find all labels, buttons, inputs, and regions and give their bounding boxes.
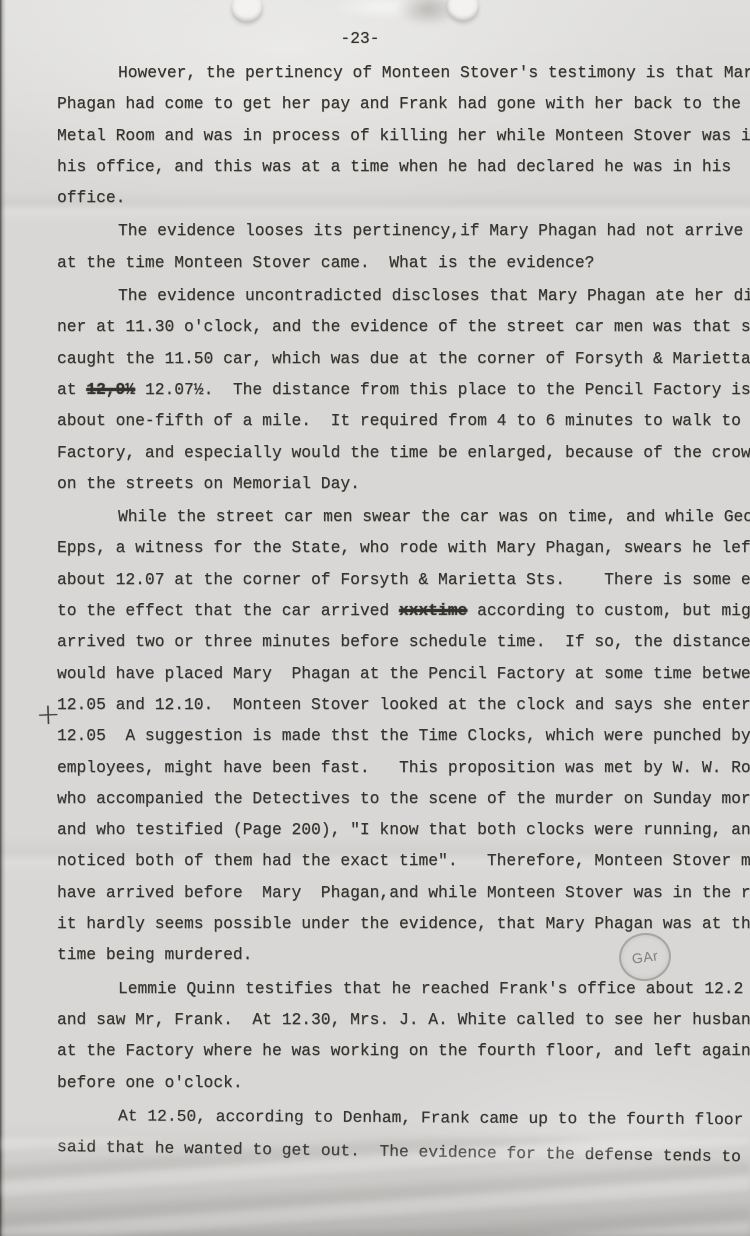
- text-segment: on the streets on Memorial Day.: [57, 474, 360, 493]
- text-line: who accompanied the Detectives to the sc…: [57, 783, 750, 814]
- text-segment: Lemmie Quinn testifies that he reached F…: [118, 979, 743, 998]
- text-line: would have placed Mary Phagan at the Pen…: [57, 658, 750, 689]
- text-segment: 12.05 A suggestion is made thst the Time…: [57, 726, 750, 745]
- text-line: and who testified (Page 200), "I know th…: [57, 814, 750, 845]
- text-line: caught the 11.50 car, which was due at t…: [57, 343, 750, 374]
- text-segment: and saw Mr, Frank. At 12.30, Mrs. J. A. …: [57, 1010, 750, 1029]
- text-segment: employees, might have been fast. This pr…: [57, 758, 750, 777]
- text-segment: who accompanied the Detectives to the sc…: [57, 789, 750, 808]
- document-body: However, the pertinency of Monteen Stove…: [57, 57, 750, 1162]
- struck-out-text: 12,9½: [86, 380, 135, 399]
- text-line: Factory, and especially would the time b…: [57, 437, 750, 468]
- page-number: -23-: [0, 29, 720, 48]
- text-segment: before one o'clock.: [57, 1073, 243, 1092]
- margin-plus-mark: +: [35, 697, 60, 732]
- text-segment: noticed both of them had the exact time"…: [57, 851, 750, 870]
- text-segment: about 12.07 at the corner of Forsyth & M…: [57, 570, 750, 589]
- text-segment: about one-fifth of a mile. It required f…: [57, 411, 741, 430]
- text-line: At 12.50, according to Denham, Frank cam…: [57, 1100, 750, 1136]
- text-line: office.: [57, 182, 750, 213]
- text-line: The evidence uncontradicted discloses th…: [57, 280, 750, 311]
- text-line: 12.05 and 12.10. Monteen Stover looked a…: [57, 689, 750, 720]
- text-segment: The evidence uncontradicted discloses th…: [118, 286, 750, 305]
- text-line: However, the pertinency of Monteen Stove…: [57, 57, 750, 88]
- text-segment: to the effect that the car arrived: [57, 601, 399, 620]
- text-line: noticed both of them had the exact time"…: [57, 845, 750, 876]
- text-line: to the effect that the car arrived xxxti…: [57, 595, 750, 626]
- text-line: said that he wanted to get out. The evid…: [57, 1131, 750, 1174]
- text-segment: 12.05 and 12.10. Monteen Stover looked a…: [57, 695, 750, 714]
- text-line: at the Factory where he was working on t…: [57, 1035, 750, 1066]
- text-segment: time being murdered.: [57, 945, 252, 964]
- text-line: at the time Monteen Stover came. What is…: [57, 247, 750, 278]
- text-segment: ner at 11.30 o'clock, and the evidence o…: [57, 317, 750, 336]
- text-segment: Metal Room and was in process of killing…: [57, 126, 750, 145]
- text-line: have arrived before Mary Phagan,and whil…: [57, 877, 750, 908]
- text-segment: However, the pertinency of Monteen Stove…: [118, 63, 750, 82]
- text-line: about 12.07 at the corner of Forsyth & M…: [57, 564, 750, 595]
- text-line: on the streets on Memorial Day.: [57, 468, 750, 499]
- text-line: Phagan had come to get her pay and Frank…: [57, 88, 750, 119]
- text-line: ner at 11.30 o'clock, and the evidence o…: [57, 311, 750, 342]
- text-segment: would have placed Mary Phagan at the Pen…: [57, 664, 750, 683]
- text-segment: his office, and this was at a time when …: [57, 157, 731, 176]
- text-segment: The evidence looses its pertinency,if Ma…: [118, 221, 743, 240]
- text-line: at 12,9½ 12.07½. The distance from this …: [57, 374, 750, 405]
- text-segment: Phagan had come to get her pay and Frank…: [57, 94, 741, 113]
- text-segment: at: [57, 380, 86, 399]
- text-line: Epps, a witness for the State, who rode …: [57, 532, 750, 563]
- text-segment: office.: [57, 188, 125, 207]
- text-line: about one-fifth of a mile. It required f…: [57, 405, 750, 436]
- text-segment: at the Factory where he was working on t…: [57, 1041, 750, 1060]
- text-segment: arrived two or three minutes before sche…: [57, 632, 750, 651]
- text-segment: Epps, a witness for the State, who rode …: [57, 538, 750, 557]
- text-segment: While the street car men swear the car w…: [118, 507, 750, 526]
- text-line: and saw Mr, Frank. At 12.30, Mrs. J. A. …: [57, 1004, 750, 1035]
- text-segment: caught the 11.50 car, which was due at t…: [57, 349, 750, 368]
- text-segment: it hardly seems possible under the evide…: [57, 914, 750, 933]
- text-line: his office, and this was at a time when …: [57, 151, 750, 182]
- text-segment: have arrived before Mary Phagan,and whil…: [57, 883, 750, 902]
- text-line: arrived two or three minutes before sche…: [57, 626, 750, 657]
- scan-edge-shadow: [0, 0, 6, 1236]
- text-line: employees, might have been fast. This pr…: [57, 752, 750, 783]
- struck-out-text: xxxtime: [399, 601, 467, 620]
- text-line: The evidence looses its pertinency,if Ma…: [57, 215, 750, 246]
- text-segment: and who testified (Page 200), "I know th…: [57, 820, 750, 839]
- text-line: While the street car men swear the car w…: [57, 501, 750, 532]
- text-segment: At 12.50, according to Denham, Frank cam…: [118, 1106, 743, 1129]
- text-segment: 12.07½. The distance from this place to …: [135, 380, 750, 399]
- text-segment: at the time Monteen Stover came. What is…: [57, 253, 594, 272]
- text-line: Metal Room and was in process of killing…: [57, 120, 750, 151]
- text-segment: Factory, and especially would the time b…: [57, 443, 750, 462]
- text-line: before one o'clock.: [57, 1067, 750, 1098]
- text-segment: said that he wanted to get out. The evid…: [57, 1137, 741, 1166]
- punch-hole: [231, 0, 263, 23]
- text-segment: according to custom, but mig: [467, 601, 750, 620]
- document-page: -23- However, the pertinency of Monteen …: [0, 0, 750, 1236]
- text-line: 12.05 A suggestion is made thst the Time…: [57, 720, 750, 751]
- stamp-text: GAr: [631, 947, 659, 967]
